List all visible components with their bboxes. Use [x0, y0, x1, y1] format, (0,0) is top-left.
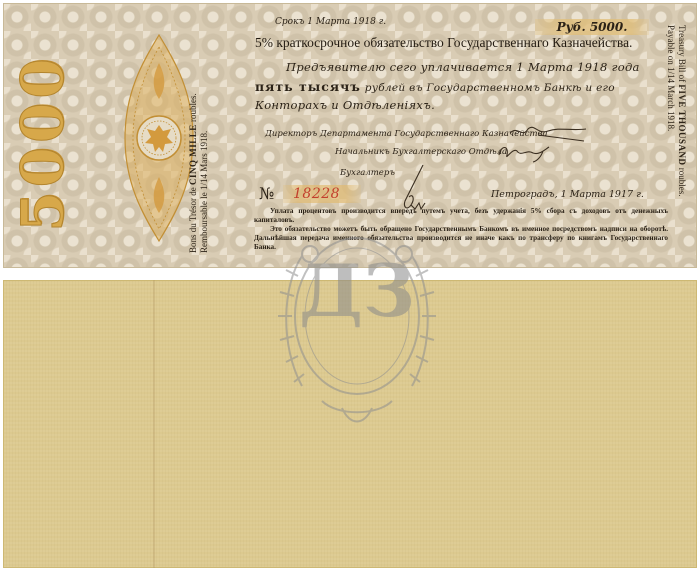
accountant-signature-icon: [393, 163, 433, 213]
body-line-2: пять тысячъ рублей въ Государственномъ Б…: [255, 79, 615, 94]
side-text-english: Treasury Bill of FIVE THOUSAND roubles. …: [665, 25, 687, 197]
denomination-numeral: 5000: [23, 43, 63, 243]
chief-title: Начальникъ Бухгалтерскаго Отдѣла: [335, 147, 507, 157]
serial-number: 18228: [293, 186, 340, 202]
note-back: [3, 280, 697, 568]
amount-words: пять тысячъ: [255, 79, 361, 94]
maturity-term: Срокъ 1 Марта 1918 г.: [275, 17, 386, 27]
fold-line: [153, 280, 155, 568]
terms-text: Уплата процентовъ производится впередъ п…: [254, 207, 668, 252]
director-title: Директоръ Департамента Государственнаго …: [265, 129, 548, 139]
chief-signature-icon: [497, 141, 553, 163]
accountant-title: Бухгалтеръ: [340, 168, 395, 178]
body-line-1: Предъявителю сего уплачивается 1 Марта 1…: [286, 60, 640, 74]
side-text-french: Bons du Trésor de CINQ MILLE roubles. Re…: [188, 93, 210, 253]
place-date: Петроградъ, 1 Марта 1917 г.: [491, 189, 644, 200]
amount-box: Руб. 5000.: [535, 19, 649, 35]
eagle-rosette-icon: [121, 33, 197, 243]
number-label: №: [259, 184, 274, 203]
body-line-3: Конторахъ и Отдѣленіяхъ.: [255, 98, 435, 112]
bill-title: 5% краткосрочное обязательство Государст…: [255, 35, 632, 51]
director-signature-icon: [508, 121, 588, 143]
note-front: 5000 Bons du Trésor de CINQ MILLE rouble…: [3, 3, 697, 268]
